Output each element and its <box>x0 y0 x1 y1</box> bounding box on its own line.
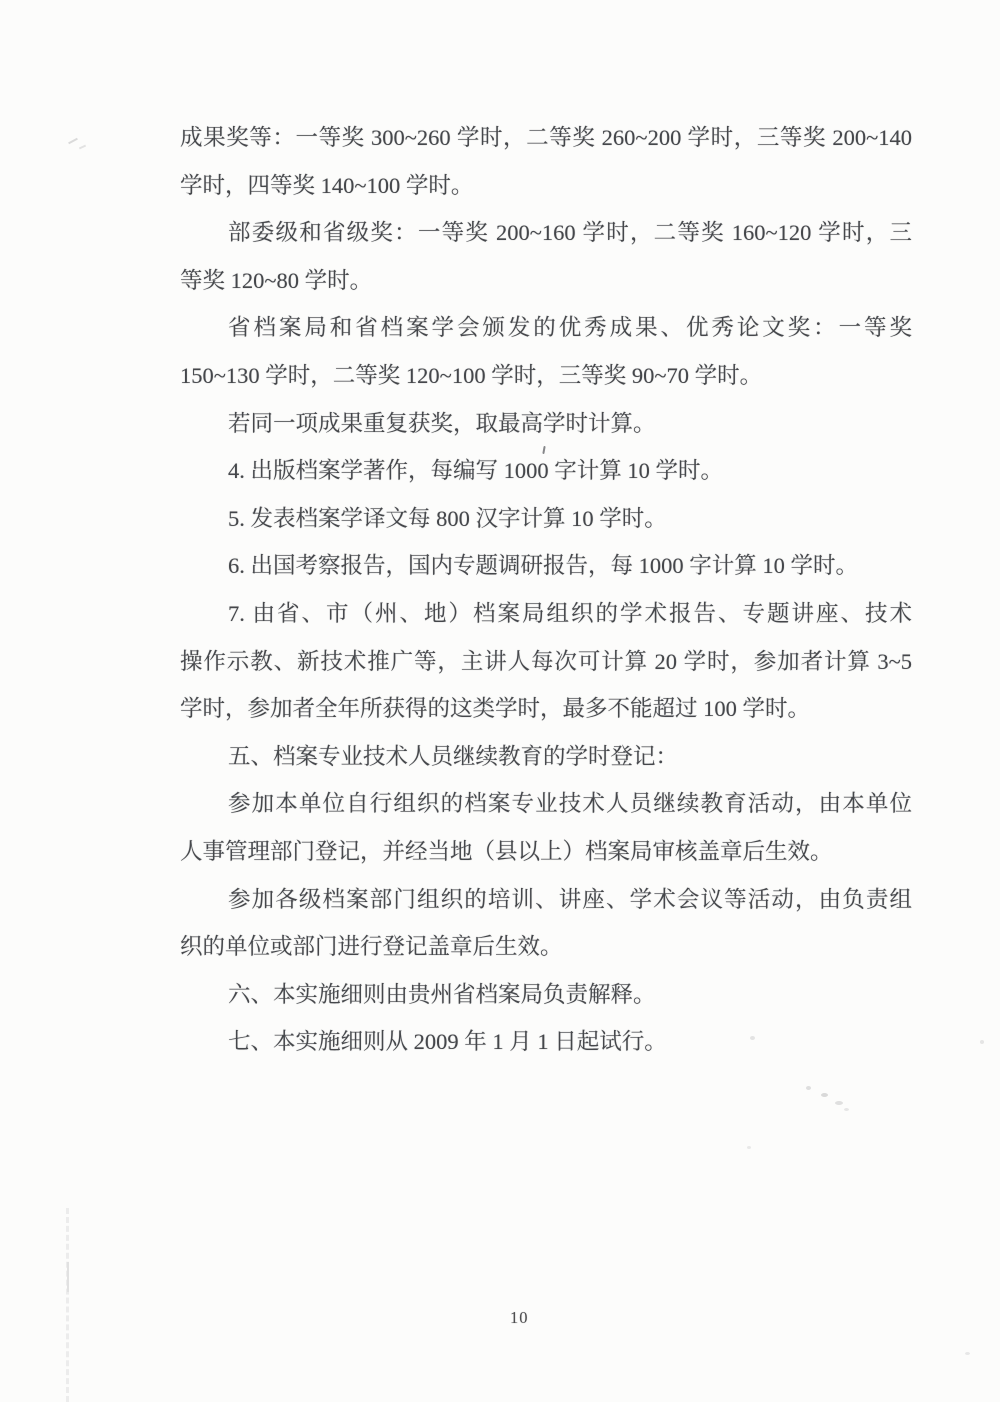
scan-fold-line <box>66 1208 69 1402</box>
scan-speck <box>747 1146 751 1149</box>
scan-fold-line <box>67 1262 69 1292</box>
text-line: 若同一项成果重复获奖，取最高学时计算。 <box>180 400 912 448</box>
text-line: 6. 出国考察报告，国内专题调研报告，每 1000 字计算 10 学时。 <box>180 542 912 590</box>
scan-speck <box>835 1101 843 1105</box>
scan-speck <box>821 1093 828 1097</box>
scan-speck <box>806 1086 811 1090</box>
page-number: 10 <box>510 1308 529 1328</box>
scan-smudge <box>79 145 86 150</box>
text-line: 部委级和省级奖：一等奖 200~160 学时，二等奖 160~120 学时，三 <box>180 209 912 257</box>
text-line: 5. 发表档案学译文每 800 汉字计算 10 学时。 <box>180 495 912 543</box>
text-line: 省档案局和省档案学会颁发的优秀成果、优秀论文奖：一等奖 <box>180 304 912 352</box>
scan-smudge <box>68 138 78 144</box>
text-line: 人事管理部门登记，并经当地（县以上）档案局审核盖章后生效。 <box>180 828 912 876</box>
text-line: 7. 由省、市（州、地）档案局组织的学术报告、专题讲座、技术 <box>180 590 912 638</box>
text-line: 学时，四等奖 140~100 学时。 <box>180 162 912 210</box>
text-line: 操作示教、新技术推广等，主讲人每次可计算 20 学时，参加者计算 3~5 <box>180 638 912 686</box>
text-line: 织的单位或部门进行登记盖章后生效。 <box>180 923 912 971</box>
document-body: 成果奖等：一等奖 300~260 学时，二等奖 260~200 学时，三等奖 2… <box>180 114 912 1066</box>
scanned-document-page: 成果奖等：一等奖 300~260 学时，二等奖 260~200 学时，三等奖 2… <box>0 0 1000 1402</box>
scan-speck <box>965 1352 970 1355</box>
text-line: 七、本实施细则从 2009 年 1 月 1 日起试行。 <box>180 1018 912 1066</box>
text-line: 成果奖等：一等奖 300~260 学时，二等奖 260~200 学时，三等奖 2… <box>180 114 912 162</box>
text-line: 150~130 学时，二等奖 120~100 学时，三等奖 90~70 学时。 <box>180 352 912 400</box>
text-line: 等奖 120~80 学时。 <box>180 257 912 305</box>
scan-speck <box>980 1040 984 1044</box>
text-line: 五、档案专业技术人员继续教育的学时登记： <box>180 733 912 781</box>
text-line: 参加各级档案部门组织的培训、讲座、学术会议等活动，由负责组 <box>180 876 912 924</box>
scan-speck <box>844 1108 849 1111</box>
text-line: 参加本单位自行组织的档案专业技术人员继续教育活动，由本单位 <box>180 780 912 828</box>
text-line: 学时，参加者全年所获得的这类学时，最多不能超过 100 学时。 <box>180 685 912 733</box>
text-line: 六、本实施细则由贵州省档案局负责解释。 <box>180 971 912 1019</box>
text-line: 4. 出版档案学著作，每编写 1000 字计算 10 学时。 <box>180 447 912 495</box>
